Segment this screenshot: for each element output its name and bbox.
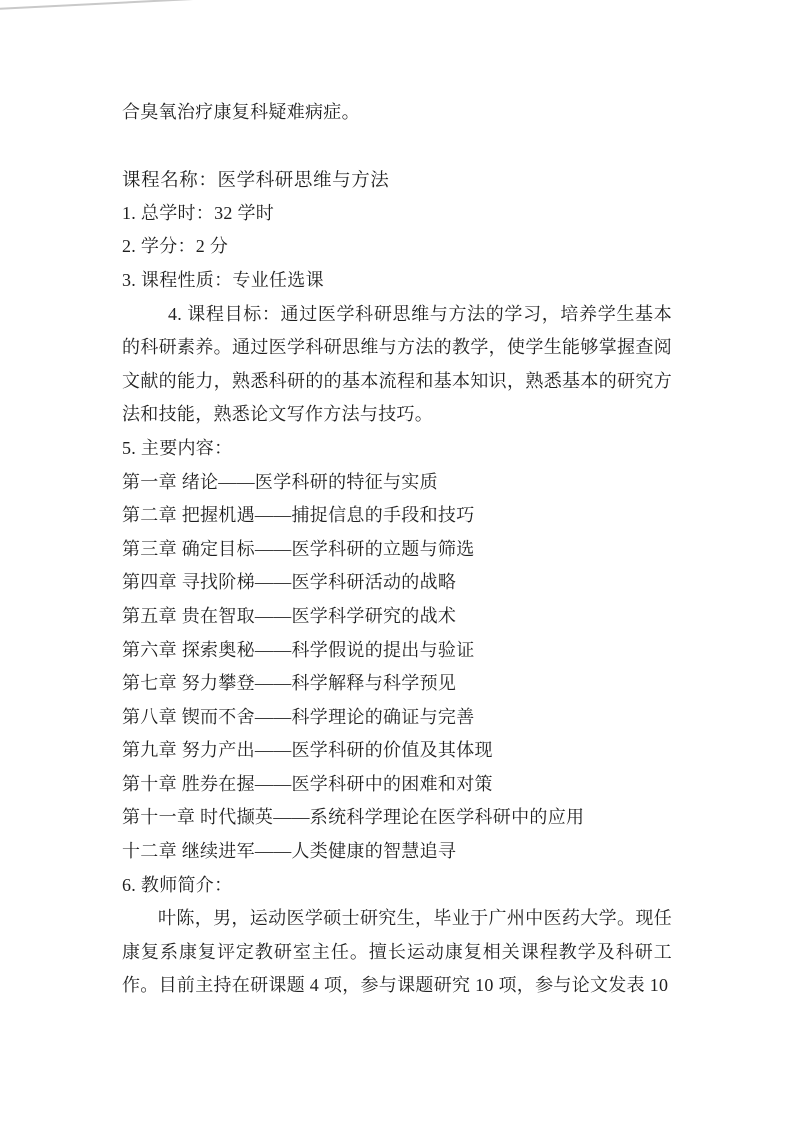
course-title-heading: 课程名称：医学科研思维与方法 [122,163,672,197]
course-credits: 2. 学分：2 分 [122,230,672,264]
chapter-item-6: 第六章 探索奥秘——科学假说的提出与验证 [122,634,672,668]
scan-artifact-line [0,0,201,9]
chapter-item-11: 第十一章 时代撷英——系统科学理论在医学科研中的应用 [122,801,672,835]
chapter-item-7: 第七章 努力攀登——科学解释与科学预见 [122,667,672,701]
chapter-item-2: 第二章 把握机遇——捕捉信息的手段和技巧 [122,499,672,533]
chapter-item-9: 第九章 努力产出——医学科研的价值及其体现 [122,734,672,768]
course-objectives: 4. 课程目标：通过医学科研思维与方法的学习，培养学生基本的科研素养。通过医学科… [122,298,672,432]
chapter-item-5: 第五章 贵在智取——医学科学研究的战术 [122,600,672,634]
chapter-item-3: 第三章 确定目标——医学科研的立题与筛选 [122,533,672,567]
teacher-bio-paragraph: 叶陈，男，运动医学硕士研究生，毕业于广州中医药大学。现任康复系康复评定教研室主任… [122,902,672,1003]
chapter-item-10: 第十章 胜券在握——医学科研中的困难和对策 [122,768,672,802]
chapter-item-4: 第四章 寻找阶梯——医学科研活动的战略 [122,566,672,600]
main-content-label: 5. 主要内容： [122,432,672,466]
course-type: 3. 课程性质：专业任选课 [122,264,672,298]
course-total-hours: 1. 总学时：32 学时 [122,197,672,231]
intro-paragraph: 合臭氧治疗康复科疑难病症。 [122,96,672,130]
chapter-item-8: 第八章 锲而不舍——科学理论的确证与完善 [122,701,672,735]
teacher-intro-label: 6. 教师简介： [122,869,672,903]
document-page: 合臭氧治疗康复科疑难病症。 课程名称：医学科研思维与方法 1. 总学时：32 学… [0,0,793,1122]
chapter-item-12: 十二章 继续进军——人类健康的智慧追寻 [122,835,672,869]
chapter-item-1: 第一章 绪论——医学科研的特征与实质 [122,466,672,500]
